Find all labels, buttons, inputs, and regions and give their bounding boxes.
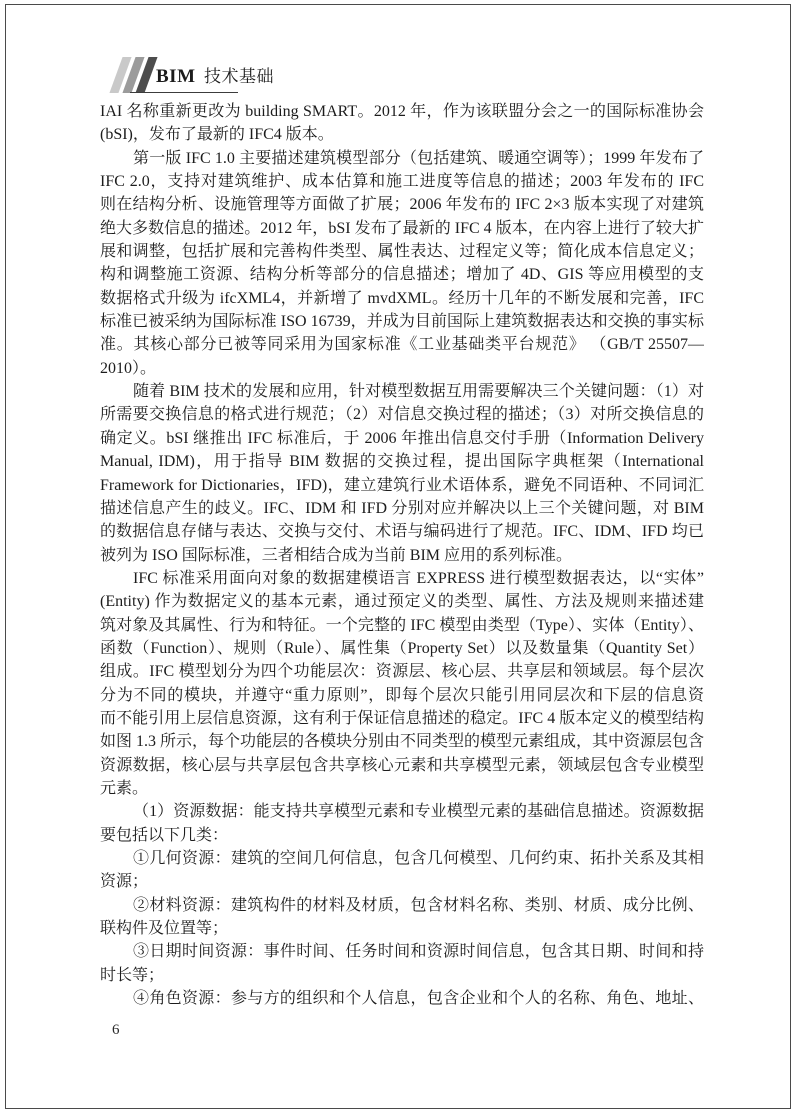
text-line: 联构件及位置等； (100, 917, 704, 940)
book-page: BIM 技术基础 IAI 名称重新更改为 building SMART。2012… (0, 0, 800, 1114)
header-title-en: BIM (156, 66, 196, 87)
text-line: 则在结构分析、设施管理等方面做了扩展；2006 年发布的 IFC 2×3 版本实… (100, 193, 704, 216)
text-line: 组成。IFC 模型划分为四个功能层次：资源层、核心层、共享层和领域层。每个层次又 (100, 660, 704, 683)
text-line: 展和调整，包括扩展和完善构件类型、属性表达、过程定义等；简化成本信息定义；重 (100, 240, 704, 263)
text-line: Framework for Dictionaries，IFD)，建立建筑行业术语… (100, 474, 704, 497)
text-line: IFC 标准采用面向对象的数据建模语言 EXPRESS 进行模型数据表达，以“实… (100, 567, 704, 590)
text-line: 描述信息产生的歧义。IFC、IDM 和 IFD 分别对应并解决以上三个关键问题，… (100, 497, 704, 520)
text-line: 数据格式升级为 ifcXML4，并新增了 mvdXML。经历十几年的不断发展和完… (100, 287, 704, 310)
text-line: (Entity) 作为数据定义的基本元素，通过预定义的类型、属性、方法及规则来描… (100, 590, 704, 613)
text-line: 元素。 (100, 777, 704, 800)
text-line: 资源； (100, 870, 704, 893)
text-line: 而不能引用上层信息资源，这有利于保证信息描述的稳定。IFC 4 版本定义的模型结… (100, 707, 704, 730)
text-line: 函数（Function）、规则（Rule）、属性集（Property Set）以… (100, 637, 704, 660)
page-number: 6 (112, 1022, 120, 1039)
text-line: 时长等； (100, 964, 704, 987)
text-line: IFC 2.0，支持对建筑维护、成本估算和施工进度等信息的描述；2003 年发布… (100, 170, 704, 193)
header-underline (130, 92, 238, 93)
text-line: 被列为 ISO 国际标准，三者相结合成为当前 BIM 应用的系列标准。 (100, 544, 704, 567)
text-line: Manual, IDM)，用于指导 BIM 数据的交换过程，提出国际字典框架（I… (100, 450, 704, 473)
text-line: ④角色资源：参与方的组织和个人信息，包含企业和个人的名称、角色、地址、从 (100, 987, 704, 1010)
header-title-zh: 技术基础 (204, 67, 274, 86)
text-line: 2010）。 (100, 357, 704, 380)
text-line: 所需要交换信息的格式进行规范；（2）对信息交换过程的描述；（3）对所交换信息的准 (100, 403, 704, 426)
text-line: 确定义。bSI 继推出 IFC 标准后，于 2006 年推出信息交付手册（Inf… (100, 427, 704, 450)
text-line: 要包括以下几类： (100, 824, 704, 847)
text-line: 准。其核心部分已被等同采用为国家标准《工业基础类平台规范》 （GB/T 2550… (100, 333, 704, 356)
text-line: ③日期时间资源：事件时间、任务时间和资源时间信息，包含其日期、时间和持续 (100, 940, 704, 963)
text-line: 随着 BIM 技术的发展和应用，针对模型数据互用需要解决三个关键问题：（1）对 (100, 380, 704, 403)
text-line: 绝大多数信息的描述。2012 年，bSI 发布了最新的 IFC 4 版本，在内容… (100, 217, 704, 240)
text-line: 筑对象及其属性、行为和特征。一个完整的 IFC 模型由类型（Type）、实体（E… (100, 614, 704, 637)
text-line: ②材料资源：建筑构件的材料及材质，包含材料名称、类别、材质、成分比例、关 (100, 894, 704, 917)
text-line: （1）资源数据：能支持共享模型元素和专业模型元素的基础信息描述。资源数据主 (100, 800, 704, 823)
header-title: BIM 技术基础 (156, 62, 274, 88)
running-header: BIM 技术基础 (100, 54, 360, 98)
text-line: ①几何资源：建筑的空间几何信息，包含几何模型、几何约束、拓扑关系及其相关 (100, 847, 704, 870)
text-line: 第一版 IFC 1.0 主要描述建筑模型部分（包括建筑、暖通空调等）；1999 … (100, 147, 704, 170)
text-line: 资源数据，核心层与共享层包含共享核心元素和共享模型元素，领域层包含专业模型 (100, 754, 704, 777)
text-line: IAI 名称重新更改为 building SMART。2012 年，作为该联盟分… (100, 100, 704, 123)
text-line: 的数据信息存储与表达、交换与交付、术语与编码进行了规范。IFC、IDM、IFD … (100, 520, 704, 543)
text-line: 标准已被采纳为国际标准 ISO 16739，并成为目前国际上建筑数据表达和交换的… (100, 310, 704, 333)
text-line: (bSI)，发布了最新的 IFC4 版本。 (100, 123, 704, 146)
text-line: 分为不同的模块，并遵守“重力原则”，即每个层次只能引用同层次和下层的信息资源， (100, 684, 704, 707)
text-line: 构和调整施工资源、结构分析等部分的信息描述；增加了 4D、GIS 等应用模型的支… (100, 263, 704, 286)
text-body: IAI 名称重新更改为 building SMART。2012 年，作为该联盟分… (100, 100, 704, 1010)
text-line: 如图 1.3 所示，每个功能层的各模块分别由不同类型的模型元素组成，其中资源层包… (100, 730, 704, 753)
